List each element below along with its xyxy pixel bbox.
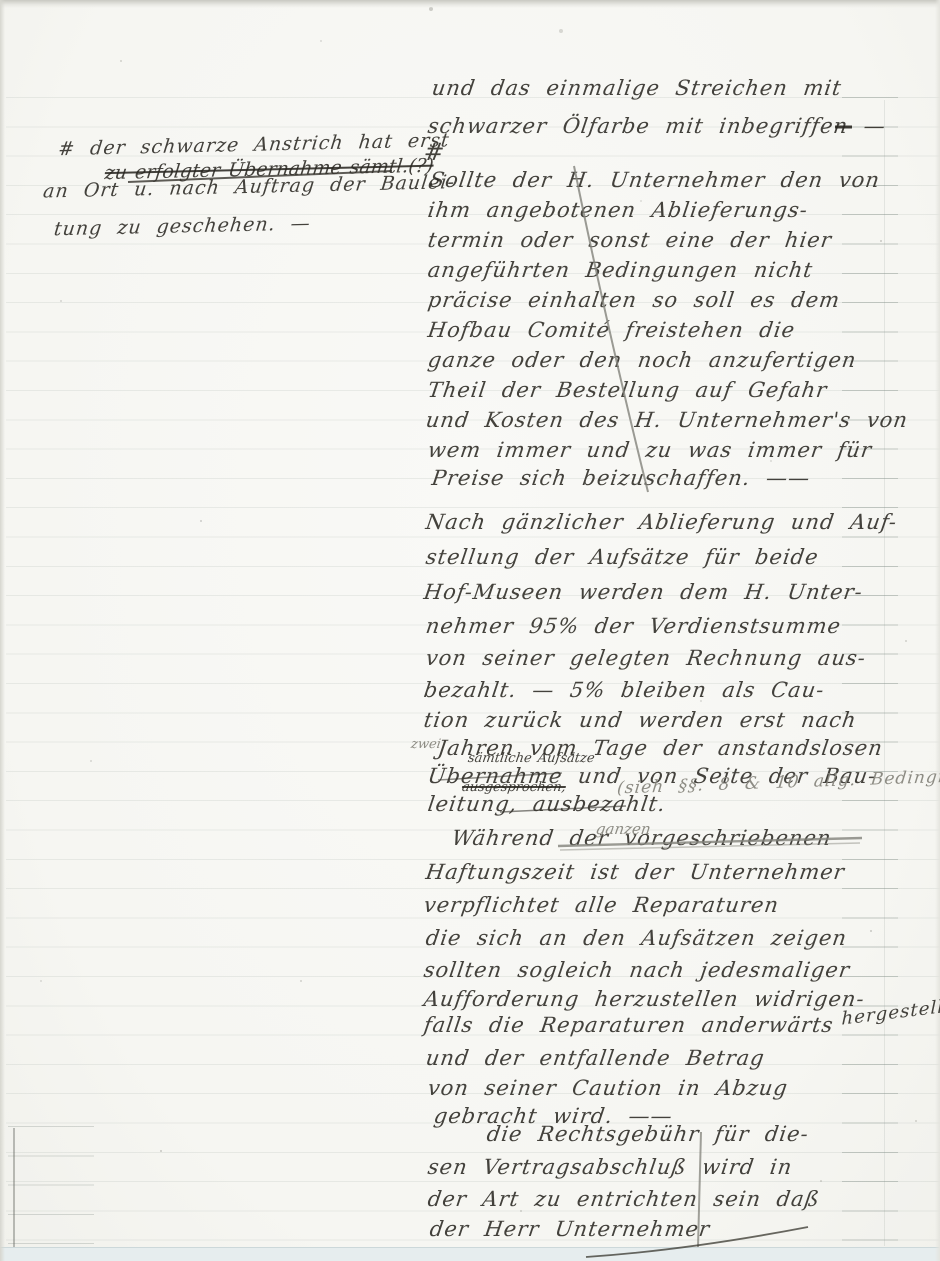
text-line: Nach gänzlicher Ablieferung und Auf- (424, 510, 898, 534)
text-line: ihm angebotenen Ablieferungs- (426, 198, 809, 222)
pencil-insert-word: zwei (410, 737, 442, 752)
text-line: die Rechtsgebühr für die- (485, 1122, 810, 1146)
text-line: Aufforderung herzustellen widrigen- (422, 987, 866, 1011)
scan-edge-left (0, 0, 5, 1261)
text-line: verpflichtet alle Reparaturen (422, 893, 780, 917)
text-line: termin oder sonst eine der hier (426, 228, 833, 252)
text-line: und der entfallende Betrag (424, 1046, 766, 1070)
scan-edge-top (0, 0, 940, 8)
text-line: bezahlt. — 5% bleiben als Cau- (422, 678, 826, 702)
text-line: ganze oder den noch anzufertigen (426, 348, 858, 372)
text-line: Hofbau Comité freistehen die (426, 318, 796, 342)
text-line: tion zurück und werden erst nach (422, 708, 858, 732)
text-line: von seiner gelegten Rechnung aus- (424, 646, 867, 670)
text-line: die sich an den Aufsätzen zeigen (424, 926, 848, 950)
manuscript-page: # der schwarze Anstrich hat erst zu erfo… (0, 0, 940, 1261)
text-line: präcise einhalten so soll es dem (426, 288, 842, 312)
text-line: angeführten Bedingungen nicht (426, 258, 814, 282)
text-line: schwarzer Ölfarbe mit inbegriffen — (426, 114, 887, 138)
text-line: wem immer und zu was immer für (426, 438, 873, 462)
text-line: und Kosten des H. Unternehmer's von (424, 408, 909, 432)
interlinear-struck-word: ausgesprochen, (461, 780, 567, 795)
text-line: Theil der Bestellung auf Gefahr (426, 378, 829, 402)
text-line: sen Vertragsabschluß wird in (426, 1155, 794, 1179)
text-line: der Herr Unternehmer (428, 1217, 711, 1241)
text-line: Haftungszeit ist der Unternehmer (424, 860, 846, 884)
scan-edge-right (935, 0, 940, 1261)
text-line: von seiner Caution in Abzug (426, 1076, 789, 1100)
text-line: der Art zu entrichten sein daß (426, 1187, 821, 1211)
text-line: und das einmalige Streichen mit (430, 76, 843, 100)
scan-edge-bottom (0, 1247, 940, 1261)
text-line: Sollte der H. Unternehmer den von (428, 168, 881, 192)
pencil-correction-word: ganzen (595, 820, 652, 838)
text-line: Hof-Museen werden dem H. Unter- (422, 580, 864, 604)
text-line: falls die Reparaturen anderwärts (422, 1013, 835, 1037)
text-line: stellung der Aufsätze für beide (424, 545, 820, 569)
reference-hash-mark: # (422, 138, 447, 166)
text-line: sollten sogleich nach jedesmaliger (422, 958, 851, 982)
text-line: Preise sich beizuschaffen. —— (430, 466, 812, 490)
interlinear-insertion: sämtliche Aufsätze (467, 751, 596, 766)
text-line: nehmer 95% der Verdienstsumme (424, 614, 842, 638)
